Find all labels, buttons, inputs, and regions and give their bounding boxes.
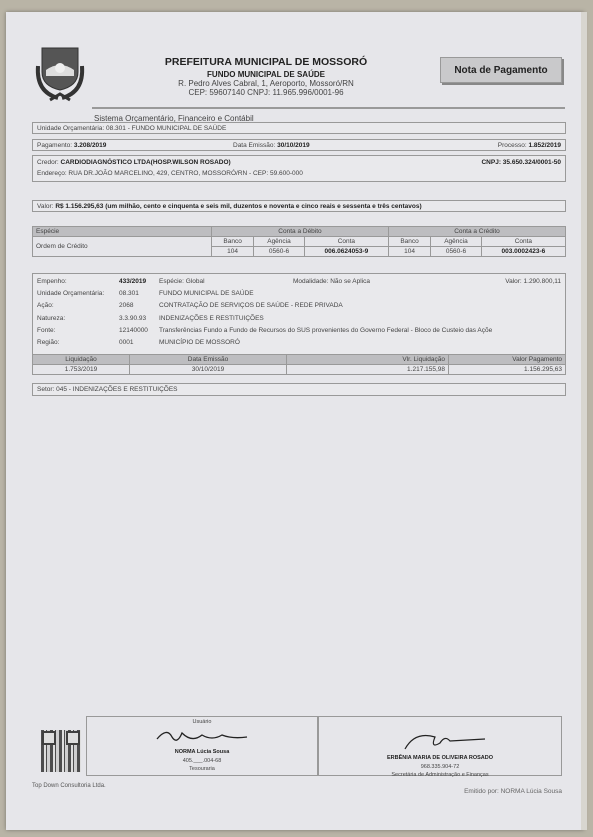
credor-box: Credor: CARDIODIAGNÓSTICO LTDA(HOSP.WILS…	[32, 155, 566, 182]
emissao-date: 30/10/2019	[277, 142, 310, 149]
debito-header: Conta a Débito	[212, 227, 389, 237]
handwritten-signature-icon	[152, 725, 252, 747]
valor-extenso: (um milhão, cento e cinquenta e seis mil…	[105, 203, 421, 210]
credor-name: CARDIODIAGNÓSTICO LTDA(HOSP.WILSON ROSAD…	[61, 159, 231, 166]
signer-name: ERBÊNIA MARIA DE OLIVEIRA ROSADO	[319, 755, 561, 761]
liquidacao-table: Liquidação Data Emissão Vlr. Liquidação …	[32, 354, 566, 375]
row-desc: FUNDO MUNICIPAL DE SAÚDE	[159, 288, 254, 300]
row-desc: INDENIZAÇÕES E RESTITUIÇÕES	[159, 313, 264, 325]
especie-header: Espécie	[33, 227, 212, 237]
credor-label: Credor:	[37, 159, 59, 166]
valor-box: Valor: R$ 1.156.295,63 (um milhão, cento…	[32, 200, 566, 212]
empenho-valor: Valor: 1.290.800,11	[505, 276, 561, 288]
fonte-row: Fonte:12140000Transferências Fundo a Fun…	[37, 325, 561, 337]
modalidade: Modalidade: Não se Aplica	[293, 276, 370, 288]
contas-table: Espécie Conta a Débito Conta a Crédito O…	[32, 226, 566, 257]
org-cep-cnpj: CEP: 59607140 CNPJ: 11.965.996/0001-96	[136, 88, 396, 97]
credito-banco-header: Banco	[388, 237, 430, 247]
unidade-text: Unidade Orçamentária: 08.301 - FUNDO MUN…	[37, 125, 226, 132]
natureza-row: Natureza:3.3.90.93INDENIZAÇÕES E RESTITU…	[37, 313, 561, 325]
debito-banco: 104	[212, 247, 254, 257]
debito-conta-header: Conta	[304, 237, 388, 247]
row-code: 3.3.90.93	[119, 313, 159, 325]
credito-conta-header: Conta	[481, 237, 565, 247]
especie-value: Ordem de Crédito	[33, 237, 212, 257]
valor-pagamento-header: Valor Pagamento	[449, 355, 566, 365]
row-label: Região:	[37, 337, 119, 349]
data-emissao-header: Data Emissão	[130, 355, 287, 365]
regiao-row: Região:0001MUNICÍPIO DE MOSSORÓ	[37, 337, 561, 349]
row-desc: Transferências Fundo a Fundo de Recursos…	[159, 325, 492, 337]
liquidacao-date: 30/10/2019	[130, 365, 287, 375]
row-label: Fonte:	[37, 325, 119, 337]
row-desc: Espécie: Global	[159, 276, 205, 288]
processo-label: Processo:	[498, 142, 527, 149]
document-page: PREFEITURA MUNICIPAL DE MOSSORÓ FUNDO MU…	[6, 12, 584, 830]
unidade-row: Unidade Orçamentária:08.301FUNDO MUNICIP…	[37, 288, 561, 300]
footer-company: Top Down Consultoria Ltda.	[32, 783, 106, 789]
header-divider	[92, 107, 565, 109]
signature-right: ERBÊNIA MARIA DE OLIVEIRA ROSADO 968.335…	[318, 716, 562, 776]
row-desc: CONTRATAÇÃO DE SERVIÇOS DE SAÚDE - REDE …	[159, 300, 343, 312]
pagamento-box: Pagamento: 3.208/2019 Data Emissão: 30/1…	[32, 139, 566, 151]
liquidacao-header: Liquidação	[33, 355, 130, 365]
row-code: 08.301	[119, 288, 159, 300]
credito-agencia-header: Agência	[431, 237, 482, 247]
debito-agencia-header: Agência	[254, 237, 305, 247]
row-label: Ação:	[37, 300, 119, 312]
document-title: Nota de Pagamento	[440, 57, 562, 83]
row-code: 433/2019	[119, 276, 159, 288]
credito-banco: 104	[388, 247, 430, 257]
vlr-liquidacao-header: Vlr. Liquidação	[287, 355, 449, 365]
signer-doc: 968.335.904-72	[319, 764, 561, 770]
document-header: PREFEITURA MUNICIPAL DE MOSSORÓ FUNDO MU…	[136, 56, 396, 98]
row-label: Natureza:	[37, 313, 119, 325]
row-label: Empenho:	[37, 276, 119, 288]
credor-cnpj: CNPJ: 35.650.324/0001-50	[481, 159, 561, 166]
valor-label: Valor:	[37, 203, 54, 210]
debito-conta: 006.0624053-9	[304, 247, 388, 257]
vlr-liquidacao: 1.217.155,98	[287, 365, 449, 375]
row-label: Unidade Orçamentária:	[37, 288, 119, 300]
signer-name: NORMA Lúcia Sousa	[87, 749, 317, 755]
row-desc: MUNICÍPIO DE MOSSORÓ	[159, 337, 240, 349]
row-code: 0001	[119, 337, 159, 349]
pagamento-number: 3.208/2019	[74, 142, 107, 149]
pagamento-label: Pagamento:	[37, 142, 72, 149]
processo-number: 1.852/2019	[528, 142, 561, 149]
empenho-row: Empenho:433/2019Espécie: Global Modalida…	[37, 276, 561, 288]
org-name: PREFEITURA MUNICIPAL DE MOSSORÓ	[136, 56, 396, 68]
fund-name: FUNDO MUNICIPAL DE SAÚDE	[136, 70, 396, 79]
valor-pagamento: 1.156.295,63	[449, 365, 566, 375]
signer-role: Secretária de Administração e Finanças	[319, 772, 561, 778]
credor-endereco: Endereço: RUA DR.JOÃO MARCELINO, 429, CE…	[37, 170, 561, 177]
credito-agencia: 0560-6	[431, 247, 482, 257]
handwritten-signature-icon	[385, 727, 495, 753]
signer-doc: 405.___.004-68	[87, 758, 317, 764]
emissao-label: Data Emissão:	[233, 142, 275, 149]
qr-code-icon	[41, 730, 81, 772]
liquidacao-number: 1.753/2019	[33, 365, 130, 375]
signer-role: Tesouraria	[87, 766, 317, 772]
footer-emitido-por: Emitido por: NORMA Lúcia Sousa	[464, 788, 562, 795]
debito-banco-header: Banco	[212, 237, 254, 247]
unidade-box: Unidade Orçamentária: 08.301 - FUNDO MUN…	[32, 122, 566, 134]
credito-conta: 003.0002423-6	[481, 247, 565, 257]
empenho-box: Empenho:433/2019Espécie: Global Modalida…	[32, 273, 566, 358]
row-code: 12140000	[119, 325, 159, 337]
debito-agencia: 0560-6	[254, 247, 305, 257]
setor-box: Setor: 045 - INDENIZAÇÕES E RESTITUIÇÕES	[32, 383, 566, 396]
setor-text: Setor: 045 - INDENIZAÇÕES E RESTITUIÇÕES	[37, 386, 178, 393]
signature-left: Usuário NORMA Lúcia Sousa 405.___.004-68…	[86, 716, 318, 776]
municipal-crest-icon	[32, 42, 88, 104]
org-address: R. Pedro Alves Cabral, 1, Aeroporto, Mos…	[136, 79, 396, 88]
row-code: 2068	[119, 300, 159, 312]
credito-header: Conta a Crédito	[388, 227, 565, 237]
valor-amount: R$ 1.156.295,63	[55, 203, 103, 210]
acao-row: Ação:2068CONTRATAÇÃO DE SERVIÇOS DE SAÚD…	[37, 300, 561, 312]
